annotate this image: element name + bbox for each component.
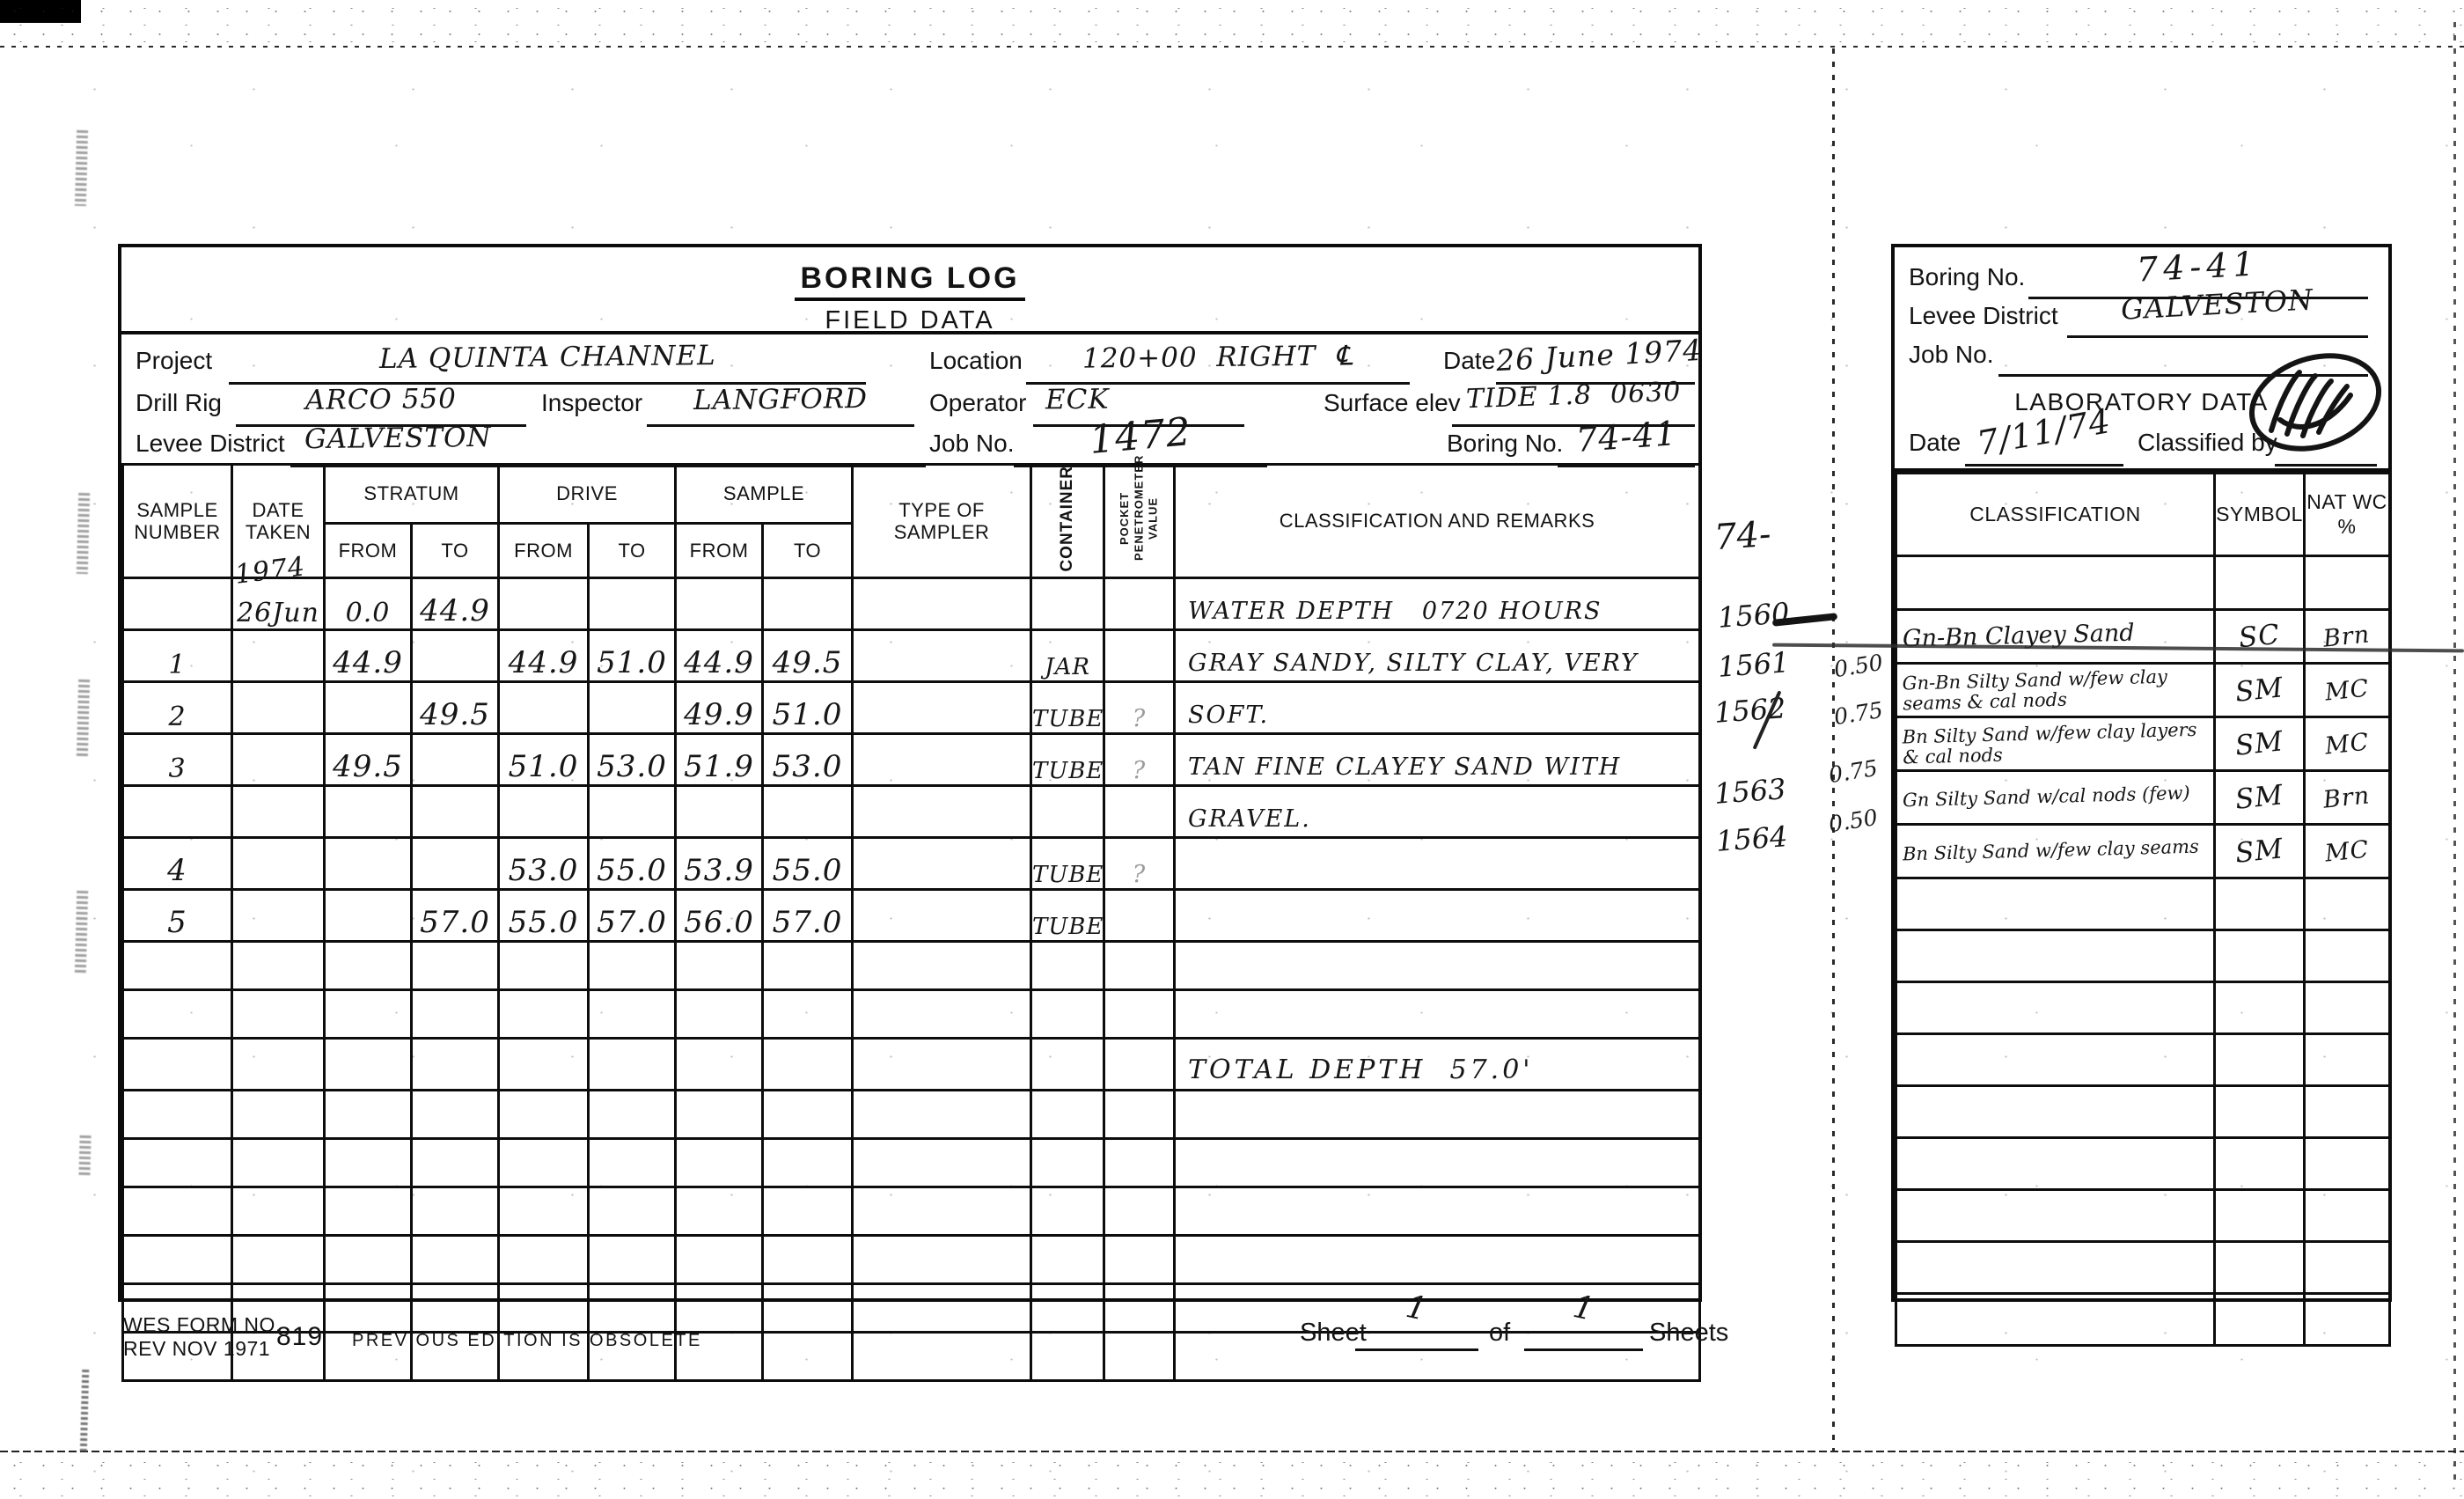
cell: [412, 1235, 499, 1283]
cell: [1896, 1190, 2215, 1242]
cell: [232, 989, 325, 1038]
cell: [2305, 1138, 2390, 1190]
cell: 51.9: [676, 733, 763, 785]
drill-rig-value: ARCO 550: [305, 383, 457, 416]
lab-margin-note-2: 0.75: [1832, 697, 1885, 730]
cell: [325, 785, 412, 837]
levee-district-field: GALVESTON: [290, 423, 926, 467]
col-header-container: CONTAINER: [1031, 465, 1104, 578]
table-row: [123, 941, 1700, 989]
cell: [853, 889, 1031, 941]
cell: [763, 1332, 853, 1380]
cell: Gn-Bn Silty Sand w/few clay seams & cal …: [1896, 664, 2215, 717]
cell: [853, 1235, 1031, 1283]
cell: [2215, 1190, 2305, 1242]
cell: 49.5: [763, 629, 853, 681]
cell: [1104, 577, 1175, 629]
cell: 53.0: [499, 837, 589, 889]
cell: [2305, 982, 2390, 1034]
cell: [676, 1187, 763, 1235]
cell: [325, 1090, 412, 1138]
cell: [676, 1138, 763, 1187]
form-subtitle: FIELD DATA: [121, 306, 1698, 335]
lab-job-no-label: Job No.: [1909, 341, 1994, 369]
cell: [499, 1090, 589, 1138]
table-row: TOTAL DEPTH 57.0': [123, 1038, 1700, 1090]
cell: [499, 1283, 589, 1332]
cell: [1175, 1235, 1700, 1283]
cell: [1104, 1235, 1175, 1283]
cell: 49.5: [412, 681, 499, 733]
scan-noise-bottom: [0, 1454, 2464, 1499]
scan-noise-top: [0, 0, 2464, 44]
lab-table-row: [1896, 1242, 2390, 1294]
col-header-stratum: STRATUM: [325, 465, 499, 524]
location-value: 120+00 RIGHT ℄: [1082, 340, 1353, 374]
cell: [412, 837, 499, 889]
cell: 53.9: [676, 837, 763, 889]
cell: [232, 733, 325, 785]
lab-date-field: 7/11/74: [1965, 413, 2123, 467]
cell: Brn: [2305, 771, 2390, 825]
cell: 51.0: [763, 681, 853, 733]
margin-note-sample-5: 1564: [1715, 819, 1789, 858]
cell: [2305, 878, 2390, 930]
lab-table-row: [1896, 1138, 2390, 1190]
cell: [325, 889, 412, 941]
table-row: [123, 1187, 1700, 1235]
cell: [1104, 1038, 1175, 1090]
cell: TUBE: [1031, 681, 1104, 733]
cell: [1031, 941, 1104, 989]
cell: 55.0: [499, 889, 589, 941]
lab-table-row: [1896, 1294, 2390, 1346]
cell: ?: [1104, 681, 1175, 733]
cell: [1031, 577, 1104, 629]
cell: [589, 1090, 676, 1138]
table-row: [123, 1138, 1700, 1187]
inspector-field: LANGFORD: [647, 384, 914, 427]
cell: [232, 681, 325, 733]
cell: [2305, 1242, 2390, 1294]
cell: [499, 1187, 589, 1235]
cell: [853, 837, 1031, 889]
lab-table-row: Bn Silty Sand w/few clay layers & cal no…: [1896, 717, 2390, 771]
sheet-number-field: 1: [1355, 1290, 1478, 1351]
col-header-stratum-to: TO: [412, 523, 499, 577]
cell: [232, 1090, 325, 1138]
scan-edge-right: [2453, 22, 2456, 1483]
table-row: 453.055.053.955.0TUBE?: [123, 837, 1700, 889]
col-header-stratum-from: FROM: [325, 523, 412, 577]
cell: [1031, 1090, 1104, 1138]
cell: [853, 1090, 1031, 1138]
lab-table-row: [1896, 556, 2390, 610]
project-value: LA QUINTA CHANNEL: [379, 340, 716, 375]
table-row: 249.549.951.0TUBE?SOFT.: [123, 681, 1700, 733]
cell: [123, 1138, 232, 1187]
lab-boring-no-value: 74-41: [2136, 244, 2261, 289]
cell: [499, 941, 589, 989]
cell: [123, 989, 232, 1038]
cell: [1896, 1034, 2215, 1086]
cell: TUBE: [1031, 733, 1104, 785]
scan-corner-mark: [0, 0, 81, 23]
lab-col-header-nat-wc: NAT WC%: [2305, 474, 2390, 556]
table-row: [123, 1235, 1700, 1283]
cell: 53.0: [763, 733, 853, 785]
cell: [325, 1283, 412, 1332]
container-vertical-text: CONTAINER: [1058, 466, 1077, 572]
col-header-type-of-sampler: TYPE OF SAMPLER: [853, 465, 1031, 578]
cell: GRAVEL.: [1175, 785, 1700, 837]
cell: [676, 1038, 763, 1090]
col-header-drive-from: FROM: [499, 523, 589, 577]
lab-col-header-classification: CLASSIFICATION: [1896, 474, 2215, 556]
margin-smudge: [77, 493, 90, 574]
lab-data-table: CLASSIFICATION SYMBOL NAT WC% Gn-Bn Clay…: [1895, 472, 2391, 1347]
operator-label: Operator: [929, 389, 1027, 417]
lab-levee-district-value: GALVESTON: [2121, 283, 2315, 326]
cell: [412, 1090, 499, 1138]
cell: [1104, 1090, 1175, 1138]
type-of-sampler-text: TYPE OF SAMPLER: [889, 499, 994, 544]
cell: [853, 577, 1031, 629]
cell: 4: [123, 837, 232, 889]
levee-district-value: GALVESTON: [304, 422, 492, 455]
cell: Brn: [2305, 610, 2390, 664]
cell: [853, 629, 1031, 681]
boring-no-label: Boring No.: [1447, 430, 1563, 458]
cell: [2305, 1190, 2390, 1242]
cell: [2305, 1034, 2390, 1086]
margin-note-header: 74-: [1712, 514, 1771, 558]
cell: [853, 1283, 1031, 1332]
margin-smudge: [78, 1135, 91, 1176]
table-row: GRAVEL.: [123, 785, 1700, 837]
cell: [1104, 629, 1175, 681]
cell: [232, 1038, 325, 1090]
cell: [589, 1187, 676, 1235]
perforation-line: [1832, 48, 1835, 1452]
cell: [853, 681, 1031, 733]
lab-table-row: [1896, 1086, 2390, 1138]
lab-margin-note-3: 0.75: [1827, 755, 1880, 788]
cell: [325, 1187, 412, 1235]
margin-note-sample-2: 1561: [1717, 645, 1791, 684]
cell: [412, 1038, 499, 1090]
cell: [763, 1138, 853, 1187]
col-header-date-taken: DATE TAKEN1974: [232, 465, 325, 578]
cell: [1175, 989, 1700, 1038]
cell: [2215, 556, 2305, 610]
lab-table-row: [1896, 930, 2390, 982]
field-data-table: SAMPLE NUMBER DATE TAKEN1974 STRATUM DRI…: [121, 463, 1701, 1382]
cell: [763, 785, 853, 837]
lab-table-row: Gn-Bn Clayey SandSCBrn: [1896, 610, 2390, 664]
cell: [232, 1235, 325, 1283]
cell: [499, 1038, 589, 1090]
cell: [589, 785, 676, 837]
cell: [1031, 989, 1104, 1038]
cell: Gn-Bn Clayey Sand: [1896, 610, 2215, 664]
cell: [2215, 1034, 2305, 1086]
cell: [412, 1187, 499, 1235]
pocket-penetrometer-vertical-text: POCKET PENETROMETER VALUE: [1118, 476, 1161, 561]
cell: [499, 1138, 589, 1187]
cell: [1896, 1242, 2215, 1294]
cell: [676, 1235, 763, 1283]
cell: [763, 989, 853, 1038]
lab-margin-note-4: 0.50: [1827, 805, 1880, 837]
cell: [589, 681, 676, 733]
lab-table-row: [1896, 878, 2390, 930]
cell: [1896, 1138, 2215, 1190]
cell: TAN FINE CLAYEY SAND WITH: [1175, 733, 1700, 785]
cell: [1104, 889, 1175, 941]
cell: [853, 989, 1031, 1038]
lab-table-row: Gn Silty Sand w/cal nods (few)SMBrn: [1896, 771, 2390, 825]
cell: [325, 681, 412, 733]
cell: [123, 1090, 232, 1138]
date-label: Date: [1443, 347, 1495, 375]
lab-table-row: [1896, 982, 2390, 1034]
cell: 2: [123, 681, 232, 733]
cell: [123, 1038, 232, 1090]
margin-note-sample-1: 1560: [1717, 596, 1791, 635]
cell: [1175, 837, 1700, 889]
cell: TUBE: [1031, 837, 1104, 889]
cell: [325, 1138, 412, 1187]
cell: [1031, 1138, 1104, 1187]
col-header-sample: SAMPLE: [676, 465, 853, 524]
lab-margin-note-1: 0.50: [1832, 650, 1885, 682]
col-header-pocket-penetrometer: POCKET PENETROMETER VALUE: [1104, 465, 1175, 578]
obsolete-note: PREVIOUS EDITION IS OBSOLETE: [352, 1331, 702, 1351]
cell: SOFT.: [1175, 681, 1700, 733]
cell: [325, 941, 412, 989]
cell: [325, 989, 412, 1038]
cell: [589, 1235, 676, 1283]
cell: [2215, 1086, 2305, 1138]
cell: [1175, 941, 1700, 989]
cell: [589, 941, 676, 989]
cell: [2305, 930, 2390, 982]
table-row: 349.551.053.051.953.0TUBE?TAN FINE CLAYE…: [123, 733, 1700, 785]
cell: [1104, 785, 1175, 837]
cell: [232, 629, 325, 681]
cell: [853, 1138, 1031, 1187]
scanned-boring-log-page: BORING LOG FIELD DATA Project LA QUINTA …: [0, 0, 2464, 1499]
cell: SM: [2215, 825, 2305, 878]
cell: 5: [123, 889, 232, 941]
inspector-label: Inspector: [541, 389, 642, 417]
field-data-form: BORING LOG FIELD DATA Project LA QUINTA …: [118, 244, 1702, 1302]
cell: [499, 1235, 589, 1283]
wes-form-no-line2: REV NOV 1971: [123, 1337, 282, 1361]
cell: [589, 989, 676, 1038]
sheets-label: Sheets: [1649, 1319, 1728, 1348]
drill-rig-field: ARCO 550: [236, 384, 526, 427]
nat-wc-text: NAT WC: [2306, 490, 2388, 515]
cell: [1896, 1086, 2215, 1138]
cell: [232, 837, 325, 889]
cell: [589, 1138, 676, 1187]
scan-line-bottom: [0, 1451, 2464, 1452]
total-sheets-field: 1: [1524, 1290, 1643, 1351]
cell: 0.0: [325, 577, 412, 629]
cell: ?: [1104, 733, 1175, 785]
total-sheets-value: 1: [1570, 1289, 1598, 1328]
col-header-classification-remarks: CLASSIFICATION AND REMARKS: [1175, 465, 1700, 578]
nat-wc-percent: %: [2306, 515, 2388, 540]
cell: SM: [2215, 771, 2305, 825]
classifier-signature: [2240, 346, 2387, 469]
col-header-sample-from: FROM: [676, 523, 763, 577]
cell: GRAY SANDY, SILTY CLAY, VERY: [1175, 629, 1700, 681]
cell: [1031, 1187, 1104, 1235]
table-row: 557.055.057.056.057.0TUBE: [123, 889, 1700, 941]
cell: [1896, 930, 2215, 982]
cell: [1104, 1187, 1175, 1235]
cell: [853, 1332, 1031, 1380]
cell: [1031, 1038, 1104, 1090]
margin-note-sample-4: 1563: [1713, 772, 1787, 811]
cell: [412, 989, 499, 1038]
lab-boring-no-label: Boring No.: [1909, 263, 2025, 291]
cell: [763, 1283, 853, 1332]
cell: [763, 941, 853, 989]
cell: [123, 1187, 232, 1235]
cell: [2215, 1294, 2305, 1346]
cell: 44.9: [325, 629, 412, 681]
cell: [1031, 1283, 1104, 1332]
col-header-sample-number: SAMPLE NUMBER: [123, 465, 232, 578]
cell: [853, 733, 1031, 785]
margin-smudge: [80, 1370, 90, 1454]
cell: 51.0: [499, 733, 589, 785]
cell: [763, 1187, 853, 1235]
surface-elev-value: TIDE 1.8 0630: [1465, 377, 1682, 415]
cell: [1104, 1138, 1175, 1187]
cell: ?: [1104, 837, 1175, 889]
location-field: 120+00 RIGHT ℄: [1026, 342, 1410, 385]
cell: 57.0: [763, 889, 853, 941]
cell: [2215, 1138, 2305, 1190]
cell: [412, 785, 499, 837]
table-row: 26Jun0.044.9WATER DEPTH 0720 HOURS: [123, 577, 1700, 629]
cell: SC: [2215, 610, 2305, 664]
cell: [412, 629, 499, 681]
col-header-sample-to: TO: [763, 523, 853, 577]
cell: 44.9: [499, 629, 589, 681]
cell: [499, 785, 589, 837]
cell: 49.5: [325, 733, 412, 785]
cell: 57.0: [412, 889, 499, 941]
operator-value: ECK: [1045, 384, 1110, 416]
table-row: [123, 989, 1700, 1038]
form-title-block: BORING LOG FIELD DATA: [121, 247, 1698, 334]
cell: [589, 1283, 676, 1332]
scan-dotted-line-top: [0, 46, 2464, 48]
boring-no-field: 74-41: [1558, 417, 1695, 467]
cell: [1104, 1283, 1175, 1332]
cell: [676, 785, 763, 837]
margin-smudge: [75, 130, 88, 206]
cell: [499, 989, 589, 1038]
form-info-block: Project LA QUINTA CHANNEL Location 120+0…: [121, 334, 1698, 463]
cell: 44.9: [412, 577, 499, 629]
cell: [325, 837, 412, 889]
cell: 55.0: [763, 837, 853, 889]
cell: [232, 889, 325, 941]
cell: [2215, 1242, 2305, 1294]
cell: [763, 1090, 853, 1138]
cell: [412, 1138, 499, 1187]
cell: 44.9: [676, 629, 763, 681]
cell: [232, 1187, 325, 1235]
laboratory-data-panel: Boring No. 74-41 Levee District GALVESTO…: [1891, 244, 2392, 1302]
cell: 1: [123, 629, 232, 681]
cell: WATER DEPTH 0720 HOURS: [1175, 577, 1700, 629]
cell: [412, 1283, 499, 1332]
sheet-number-value: 1: [1403, 1289, 1431, 1328]
job-no-label: Job No.: [929, 430, 1015, 458]
wes-form-no-line1: WES FORM NO.: [123, 1313, 282, 1337]
cell: [1031, 1235, 1104, 1283]
wes-form-no: WES FORM NO. REV NOV 1971: [123, 1313, 282, 1361]
cell: 55.0: [589, 837, 676, 889]
date-taken-text: DATE TAKEN: [243, 499, 313, 544]
cell: [763, 1235, 853, 1283]
cell: Bn Silty Sand w/few clay layers & cal no…: [1896, 717, 2215, 771]
margin-smudge: [77, 680, 90, 757]
cell: 3: [123, 733, 232, 785]
cell: [123, 785, 232, 837]
cell: SM: [2215, 717, 2305, 771]
lab-col-header-symbol: SYMBOL: [2215, 474, 2305, 556]
cell: [1896, 878, 2215, 930]
cell: [2305, 1294, 2390, 1346]
cell: TOTAL DEPTH 57.0': [1175, 1038, 1700, 1090]
of-label: of: [1489, 1319, 1510, 1348]
cell: [412, 733, 499, 785]
cell: [676, 1283, 763, 1332]
cell: [676, 1090, 763, 1138]
cell: [232, 1138, 325, 1187]
lab-levee-district-field: GALVESTON: [2067, 288, 2368, 338]
cell: [1175, 1187, 1700, 1235]
lab-table-row: [1896, 1190, 2390, 1242]
cell: [676, 577, 763, 629]
cell: [763, 1038, 853, 1090]
lab-table-row: Gn-Bn Silty Sand w/few clay seams & cal …: [1896, 664, 2390, 717]
cell: [123, 577, 232, 629]
drill-rig-label: Drill Rig: [136, 389, 222, 417]
cell: 49.9: [676, 681, 763, 733]
cell: [2305, 1086, 2390, 1138]
cell: TUBE: [1031, 889, 1104, 941]
cell: [499, 577, 589, 629]
date-value: 26 June 1974: [1495, 333, 1703, 378]
cell: SM: [2215, 664, 2305, 717]
cell: [1031, 1332, 1104, 1380]
col-header-drive: DRIVE: [499, 465, 676, 524]
table-row: 144.944.951.044.949.5JARGRAY SANDY, SILT…: [123, 629, 1700, 681]
cell: [2215, 930, 2305, 982]
cell: [1031, 785, 1104, 837]
cell: [412, 941, 499, 989]
